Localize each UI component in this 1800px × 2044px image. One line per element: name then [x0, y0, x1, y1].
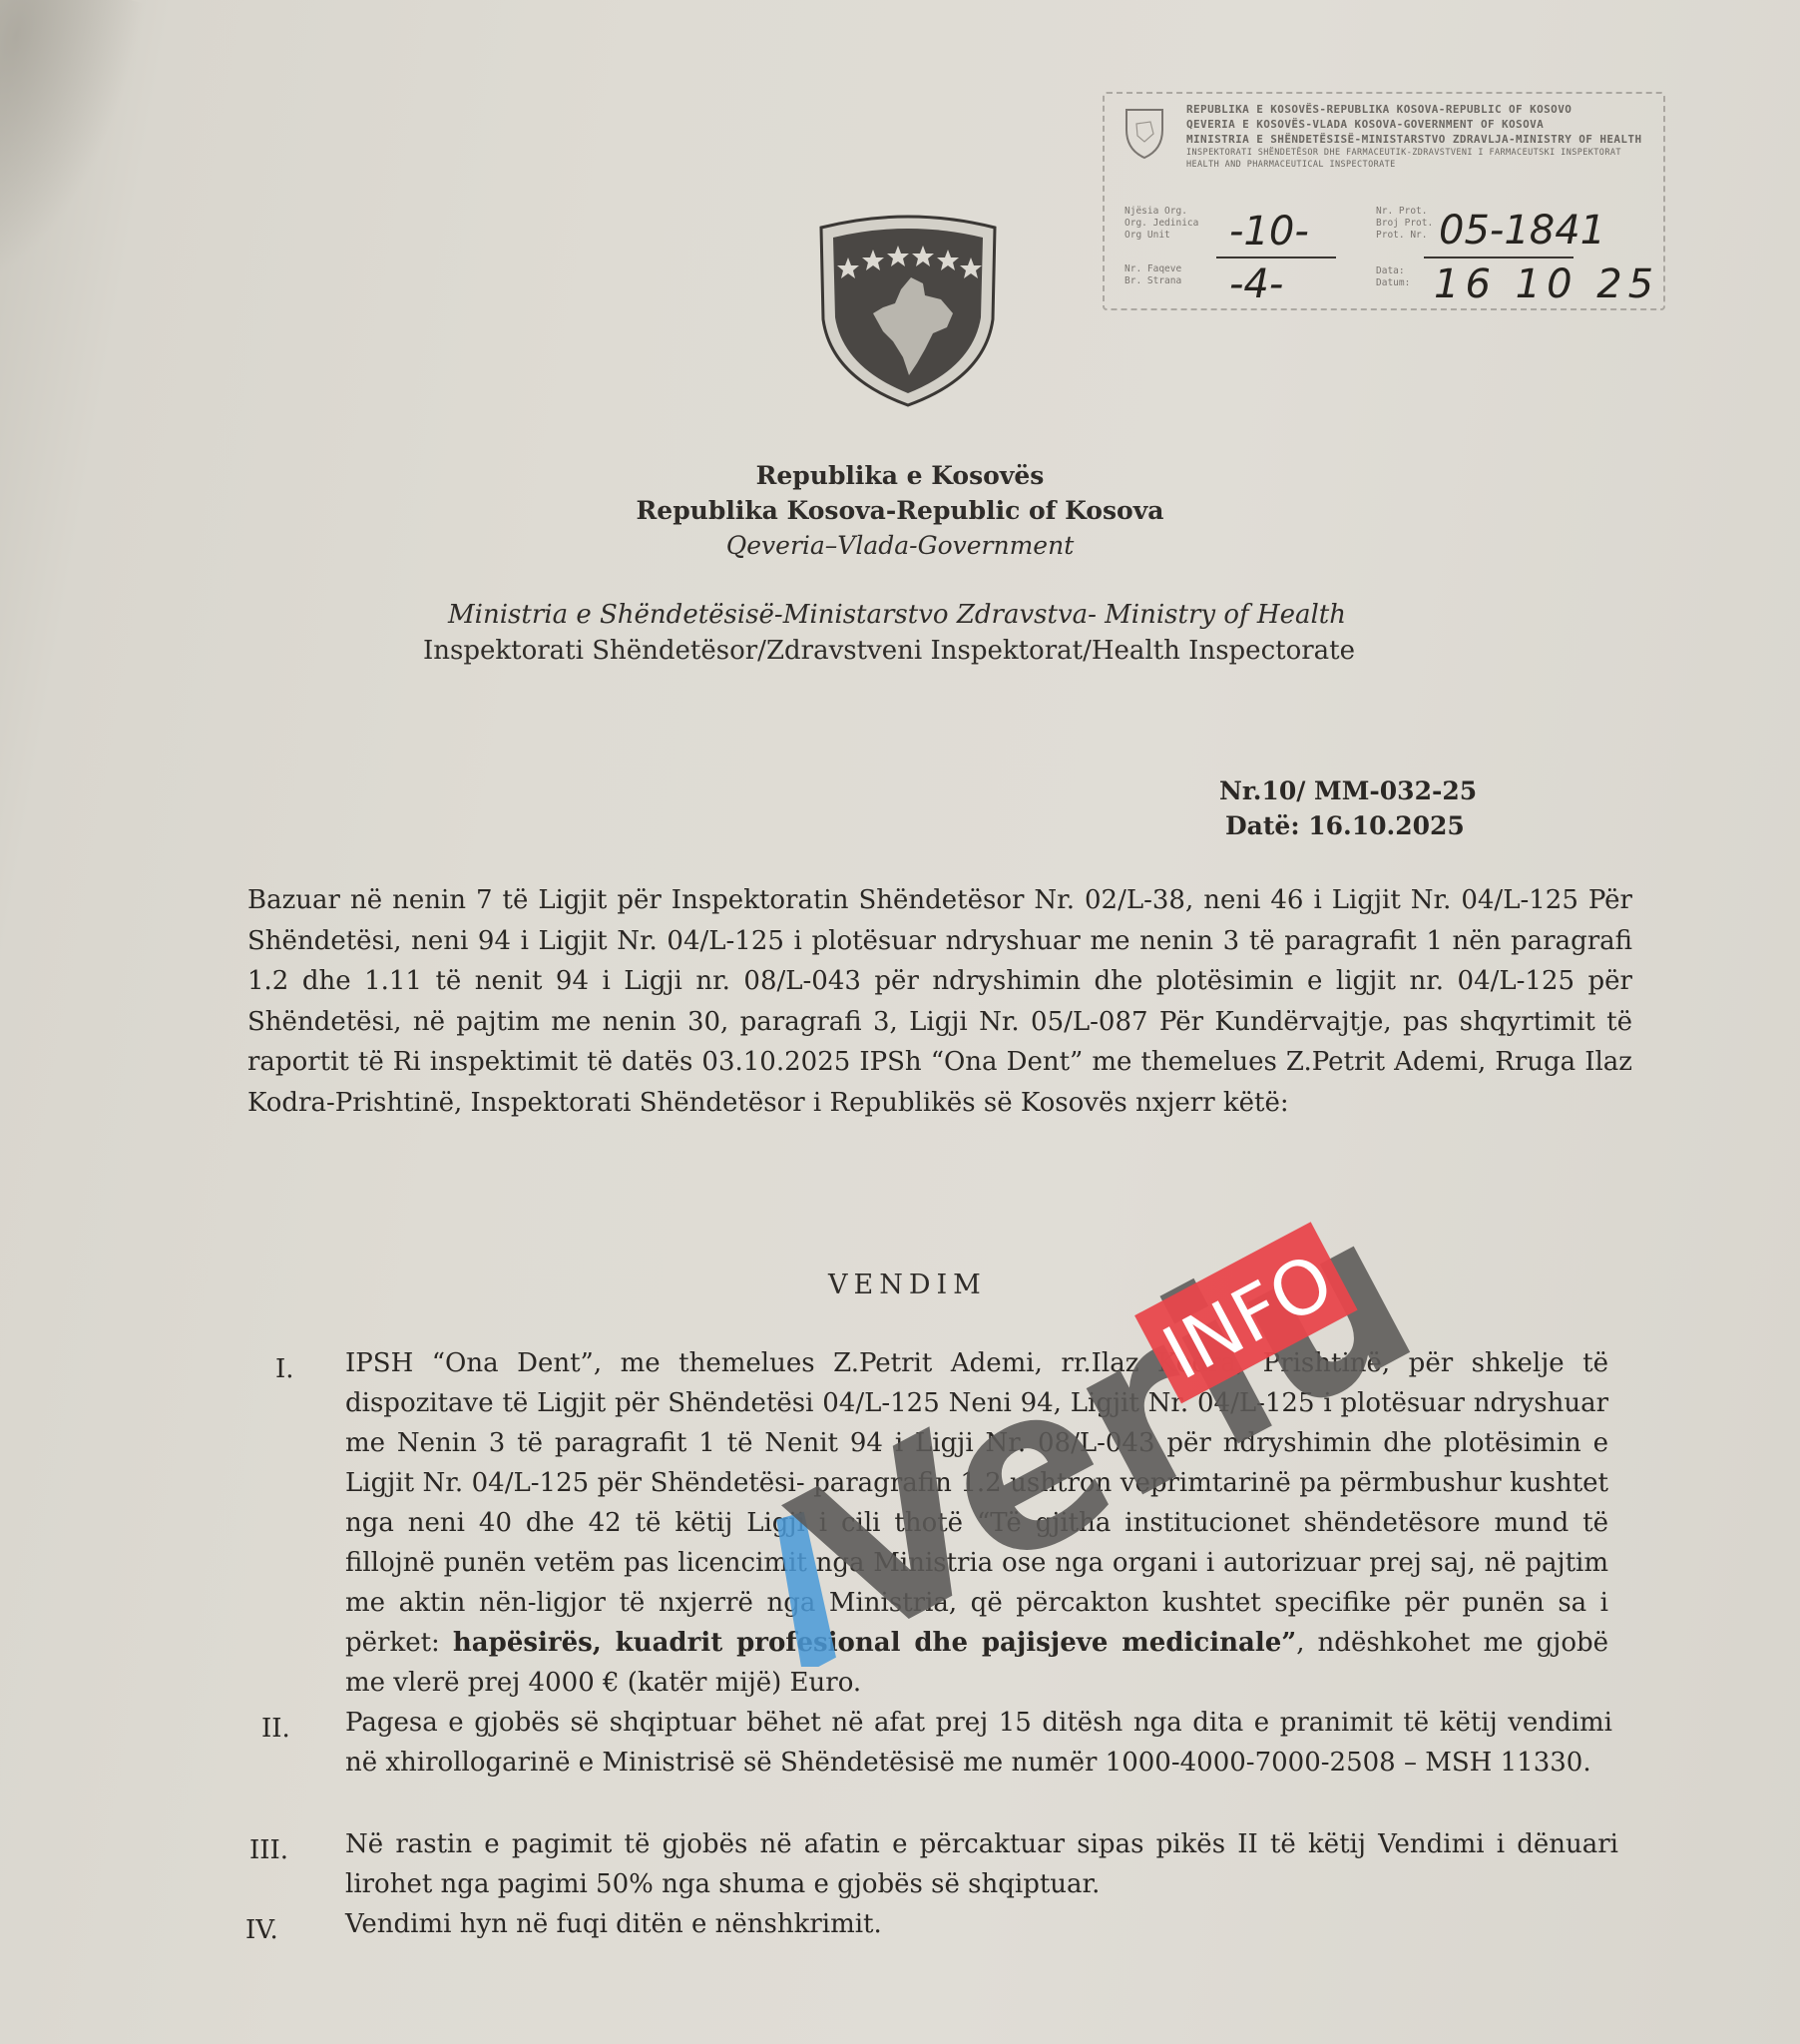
stamp-line: MINISTRIA E SHËNDETËSISË-MINISTARSTVO ZD…: [1186, 132, 1655, 147]
stamp-label-prot-nr: Nr. Prot. Broj Prot. Prot. Nr.: [1376, 206, 1433, 242]
item-text: Vendimi hyn në fuqi ditën e nënshkrimit.: [345, 1904, 1618, 1944]
item-text: Pagesa e gjobës së shqiptuar bëhet në af…: [345, 1703, 1612, 1783]
document-page: REPUBLIKA E KOSOVËS-REPUBLIKA KOSOVA-REP…: [0, 0, 1800, 2044]
reference-date: Datë: 16.10.2025: [1225, 811, 1465, 840]
header-government: Qeveria–Vlada-Government: [0, 531, 1800, 560]
item-text: Në rastin e pagimit të gjobës në afatin …: [345, 1824, 1618, 1904]
stamp-underline: [1216, 256, 1336, 258]
stamp-line: INSPEKTORATI SHËNDETËSOR DHE FARMACEUTIK…: [1186, 147, 1655, 159]
handwritten-org-unit: -10-: [1229, 209, 1309, 255]
stamp-label-org-unit: Njësia Org. Org. Jedinica Org Unit: [1125, 206, 1198, 242]
item-text: IPSH “Ona Dent”, me themelues Z.Petrit A…: [345, 1343, 1608, 1703]
stamp-label-pages: Nr. Faqeve Br. Strana: [1125, 263, 1181, 287]
preamble-paragraph: Bazuar në nenin 7 të Ligjit për Inspekto…: [247, 880, 1632, 1123]
header-republic-albanian: Republika e Kosovës: [0, 461, 1800, 490]
item-bold-text: hapësirës, kuadrit profesional dhe pajis…: [453, 1628, 1296, 1658]
header-ministry: Ministria e Shëndetësisë-Ministarstvo Zd…: [0, 600, 1797, 630]
stamp-line: QEVERIA E KOSOVËS-VLADA KOSOVA-GOVERNMEN…: [1186, 117, 1655, 132]
item-number: II.: [261, 1709, 290, 1749]
stamp-line: REPUBLIKA E KOSOVËS-REPUBLIKA KOSOVA-REP…: [1186, 102, 1655, 117]
item-number: I.: [275, 1349, 294, 1389]
decision-title: VENDIM: [828, 1270, 987, 1300]
registration-stamp: REPUBLIKA E KOSOVËS-REPUBLIKA KOSOVA-REP…: [1103, 92, 1665, 310]
kosovo-coat-of-arms-icon: [813, 210, 1003, 409]
header-republic-multilingual: Republika Kosova-Republic of Kosova: [0, 496, 1800, 525]
stamp-underline: [1424, 256, 1574, 258]
stamp-emblem-icon: [1123, 106, 1166, 160]
page-fold-shadow: [0, 0, 149, 313]
handwritten-pages: -4-: [1229, 261, 1283, 307]
handwritten-date: 16 10 25: [1434, 261, 1659, 307]
header-inspectorate: Inspektorati Shëndetësor/Zdravstveni Ins…: [0, 636, 1789, 666]
item-number: IV.: [245, 1910, 278, 1950]
stamp-line: HEALTH AND PHARMACEUTICAL INSPECTORATE: [1186, 159, 1655, 171]
stamp-label-date: Data: Datum:: [1376, 265, 1410, 289]
item-number: III.: [249, 1830, 288, 1870]
reference-number: Nr.10/ MM-032-25: [1219, 776, 1477, 805]
handwritten-prot-nr: 05-1841: [1439, 208, 1605, 254]
